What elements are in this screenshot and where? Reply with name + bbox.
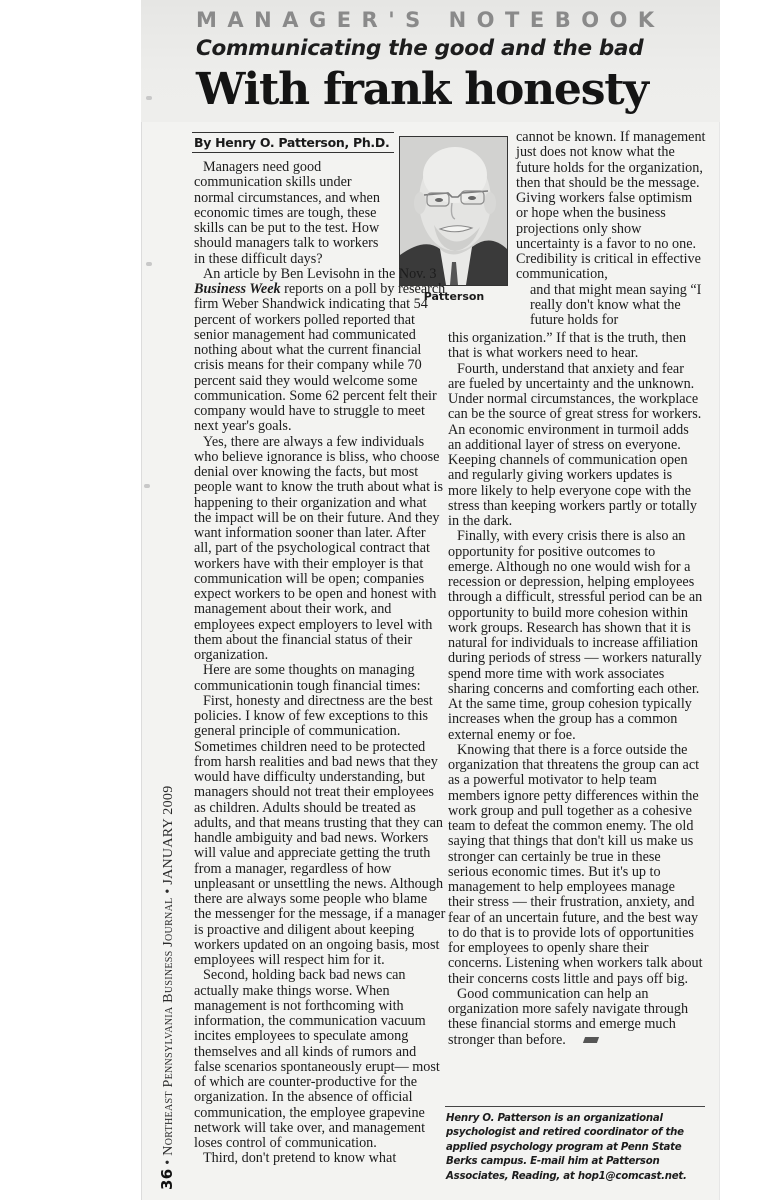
- paragraph-6: Second, holding back bad news can actual…: [194, 968, 446, 1151]
- article-deck: Communicating the good and the bad: [196, 36, 643, 61]
- paragraph-4: Here are some thoughts on managing commu…: [194, 663, 446, 694]
- end-mark-icon: [583, 1037, 599, 1043]
- publication-title: Northeast Pennsylvania Business Journal: [161, 897, 176, 1155]
- paragraph-3: Yes, there are always a few individuals …: [194, 435, 446, 664]
- paragraph-5: First, honesty and directness are the be…: [194, 694, 446, 969]
- author-bio: Henry O. Patterson is an organizational …: [446, 1112, 708, 1184]
- paragraph-c2-1: this organization.” If that is the truth…: [448, 331, 703, 362]
- paragraph-7: Third, don't pretend to know what: [194, 1151, 446, 1166]
- text: Good communication can help an organizat…: [448, 986, 688, 1048]
- scan-speck: [146, 262, 152, 266]
- section-kicker: MANAGER'S NOTEBOOK: [196, 8, 665, 32]
- text: reports on a poll by research firm Weber…: [194, 281, 445, 434]
- text: An article by Ben Levisohn in the Nov. 3: [203, 266, 437, 282]
- publication-name: Business Week: [194, 281, 281, 297]
- paragraph-c2-5: Good communication can help an organizat…: [448, 987, 703, 1048]
- paragraph-continued-indented: and that might mean saying “I really don…: [516, 283, 706, 329]
- byline-box: By Henry O. Patterson, Ph.D.: [192, 132, 394, 153]
- scan-speck: [146, 96, 152, 100]
- paragraph-continued: cannot be known. If management just does…: [516, 130, 706, 283]
- paragraph-2: An article by Ben Levisohn in the Nov. 3…: [194, 267, 446, 435]
- issue-date: JANUARY 2009: [161, 786, 176, 885]
- paragraph-intro: Managers need good communication skills …: [194, 160, 390, 267]
- scan-speck: [144, 484, 150, 488]
- article-column-2: this organization.” If that is the truth…: [448, 331, 703, 1048]
- bio-divider: [445, 1106, 705, 1107]
- folio-separator: •: [161, 888, 176, 893]
- column-1-intro: Managers need good communication skills …: [194, 160, 390, 267]
- column-2-top: cannot be known. If management just does…: [516, 130, 706, 328]
- page-number: 36: [158, 1169, 176, 1190]
- page-folio: 36 • Northeast Pennsylvania Business Jou…: [158, 786, 177, 1191]
- article-headline: With frank honesty: [196, 64, 648, 116]
- paragraph-c2-2: Fourth, understand that anxiety and fear…: [448, 362, 703, 530]
- byline: By Henry O. Patterson, Ph.D.: [194, 135, 394, 150]
- paragraph-c2-3: Finally, with every crisis there is also…: [448, 529, 703, 743]
- article-column-1: Managers need good communication skills …: [194, 160, 446, 1167]
- folio-separator: •: [161, 1160, 176, 1165]
- paragraph-c2-4: Knowing that there is a force outside th…: [448, 743, 703, 987]
